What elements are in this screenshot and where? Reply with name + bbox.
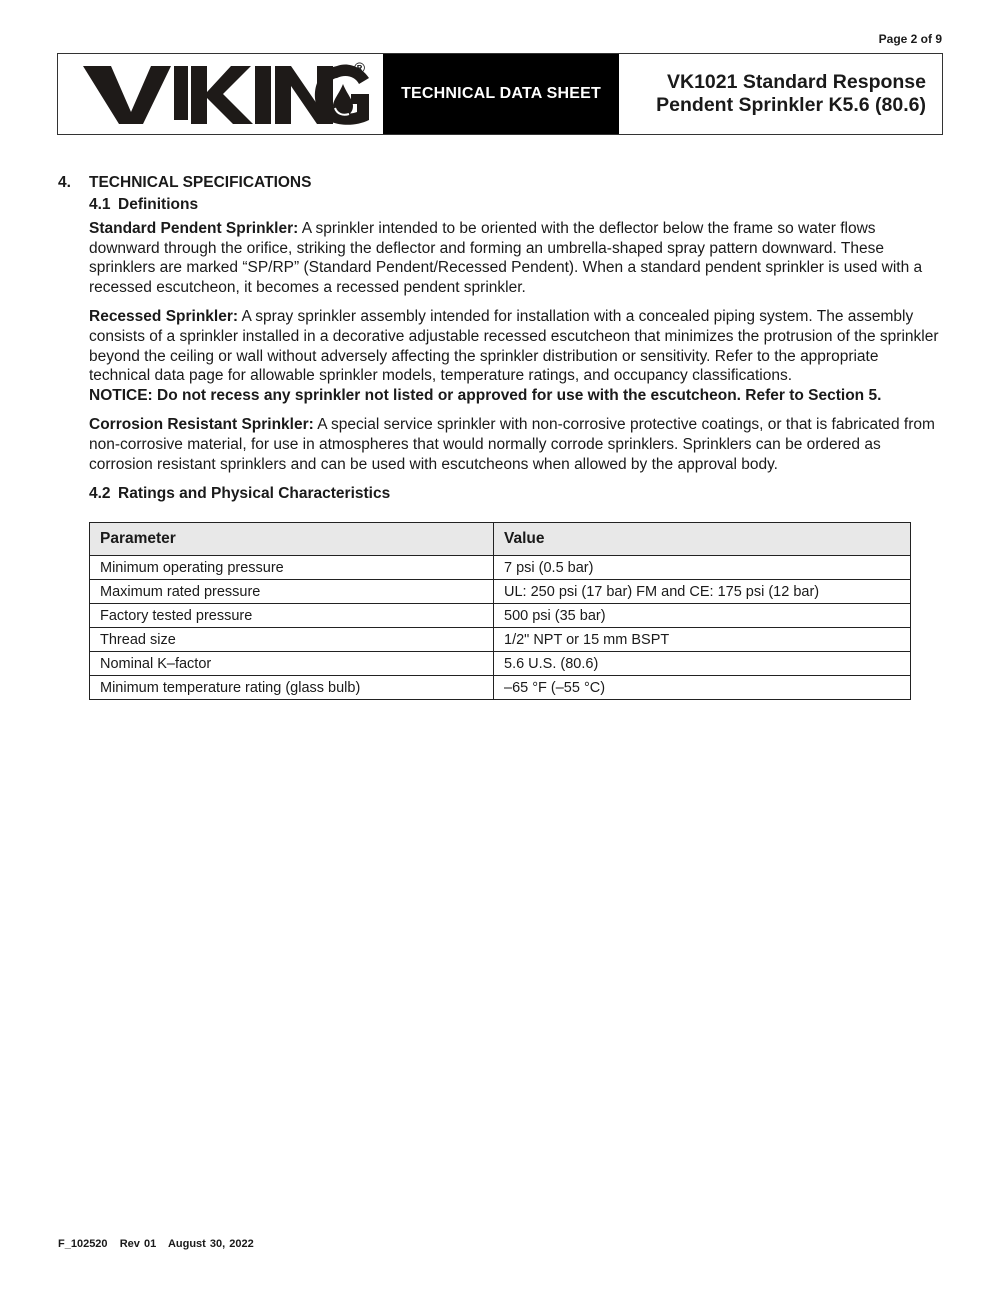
definition-standard-pendent: Standard Pendent Sprinkler: A sprinkler …: [89, 219, 942, 297]
value-cell: UL: 250 psi (17 bar) FM and CE: 175 psi …: [494, 580, 911, 604]
table-row: Nominal K–factor 5.6 U.S. (80.6): [90, 652, 911, 676]
parameter-cell: Thread size: [90, 628, 494, 652]
value-cell: 1/2" NPT or 15 mm BSPT: [494, 628, 911, 652]
title-line-2: Pendent Sprinkler K5.6 (80.6): [656, 94, 926, 117]
table-row: Thread size 1/2" NPT or 15 mm BSPT: [90, 628, 911, 652]
definition-term: Recessed Sprinkler:: [89, 308, 238, 325]
value-cell: –65 °F (–55 °C): [494, 676, 911, 700]
value-cell: 5.6 U.S. (80.6): [494, 652, 911, 676]
subsection-number: 4.2: [89, 485, 118, 503]
value-cell: 500 psi (35 bar): [494, 604, 911, 628]
table-header-row: Parameter Value: [90, 523, 911, 556]
subsection-title: Ratings and Physical Characteristics: [118, 485, 390, 503]
doc-type-label: TECHNICAL DATA SHEET: [383, 54, 619, 134]
definition-corrosion-resistant: Corrosion Resistant Sprinkler: A special…: [89, 415, 942, 474]
table-row: Factory tested pressure 500 psi (35 bar): [90, 604, 911, 628]
subsection-title: Definitions: [118, 196, 198, 214]
document-title: VK1021 Standard Response Pendent Sprinkl…: [619, 54, 942, 134]
parameter-cell: Nominal K–factor: [90, 652, 494, 676]
viking-logo-icon: [71, 58, 371, 130]
viking-logo: ®: [58, 54, 383, 134]
page-number: Page 2 of 9: [879, 32, 942, 46]
definition-recessed: Recessed Sprinkler: A spray sprinkler as…: [89, 307, 942, 405]
subsection-heading-ratings: 4.2 Ratings and Physical Characteristics: [89, 483, 942, 505]
document-footer: F_102520 Rev 01 August 30, 2022: [58, 1238, 254, 1250]
subsection-heading-definitions: 4.1 Definitions: [89, 194, 942, 216]
section-heading: 4. TECHNICAL SPECIFICATIONS: [58, 172, 942, 194]
notice-text: NOTICE: Do not recess any sprinkler not …: [89, 387, 881, 404]
parameter-cell: Minimum operating pressure: [90, 556, 494, 580]
parameter-cell: Maximum rated pressure: [90, 580, 494, 604]
registered-mark: ®: [354, 60, 365, 77]
title-line-1: VK1021 Standard Response: [667, 71, 926, 94]
section-number: 4.: [58, 174, 89, 192]
column-header-parameter: Parameter: [90, 523, 494, 556]
value-cell: 7 psi (0.5 bar): [494, 556, 911, 580]
table-row: Maximum rated pressure UL: 250 psi (17 b…: [90, 580, 911, 604]
ratings-table: Parameter Value Minimum operating pressu…: [89, 522, 911, 700]
definition-term: Corrosion Resistant Sprinkler:: [89, 416, 314, 433]
document-header: ® TECHNICAL DATA SHEET VK1021 Standard R…: [57, 53, 943, 135]
table-row: Minimum temperature rating (glass bulb) …: [90, 676, 911, 700]
main-content: 4. TECHNICAL SPECIFICATIONS 4.1 Definiti…: [58, 172, 942, 505]
parameter-cell: Minimum temperature rating (glass bulb): [90, 676, 494, 700]
section-title: TECHNICAL SPECIFICATIONS: [89, 174, 311, 192]
subsection-number: 4.1: [89, 196, 118, 214]
definition-term: Standard Pendent Sprinkler:: [89, 220, 298, 237]
table-row: Minimum operating pressure 7 psi (0.5 ba…: [90, 556, 911, 580]
column-header-value: Value: [494, 523, 911, 556]
parameter-cell: Factory tested pressure: [90, 604, 494, 628]
